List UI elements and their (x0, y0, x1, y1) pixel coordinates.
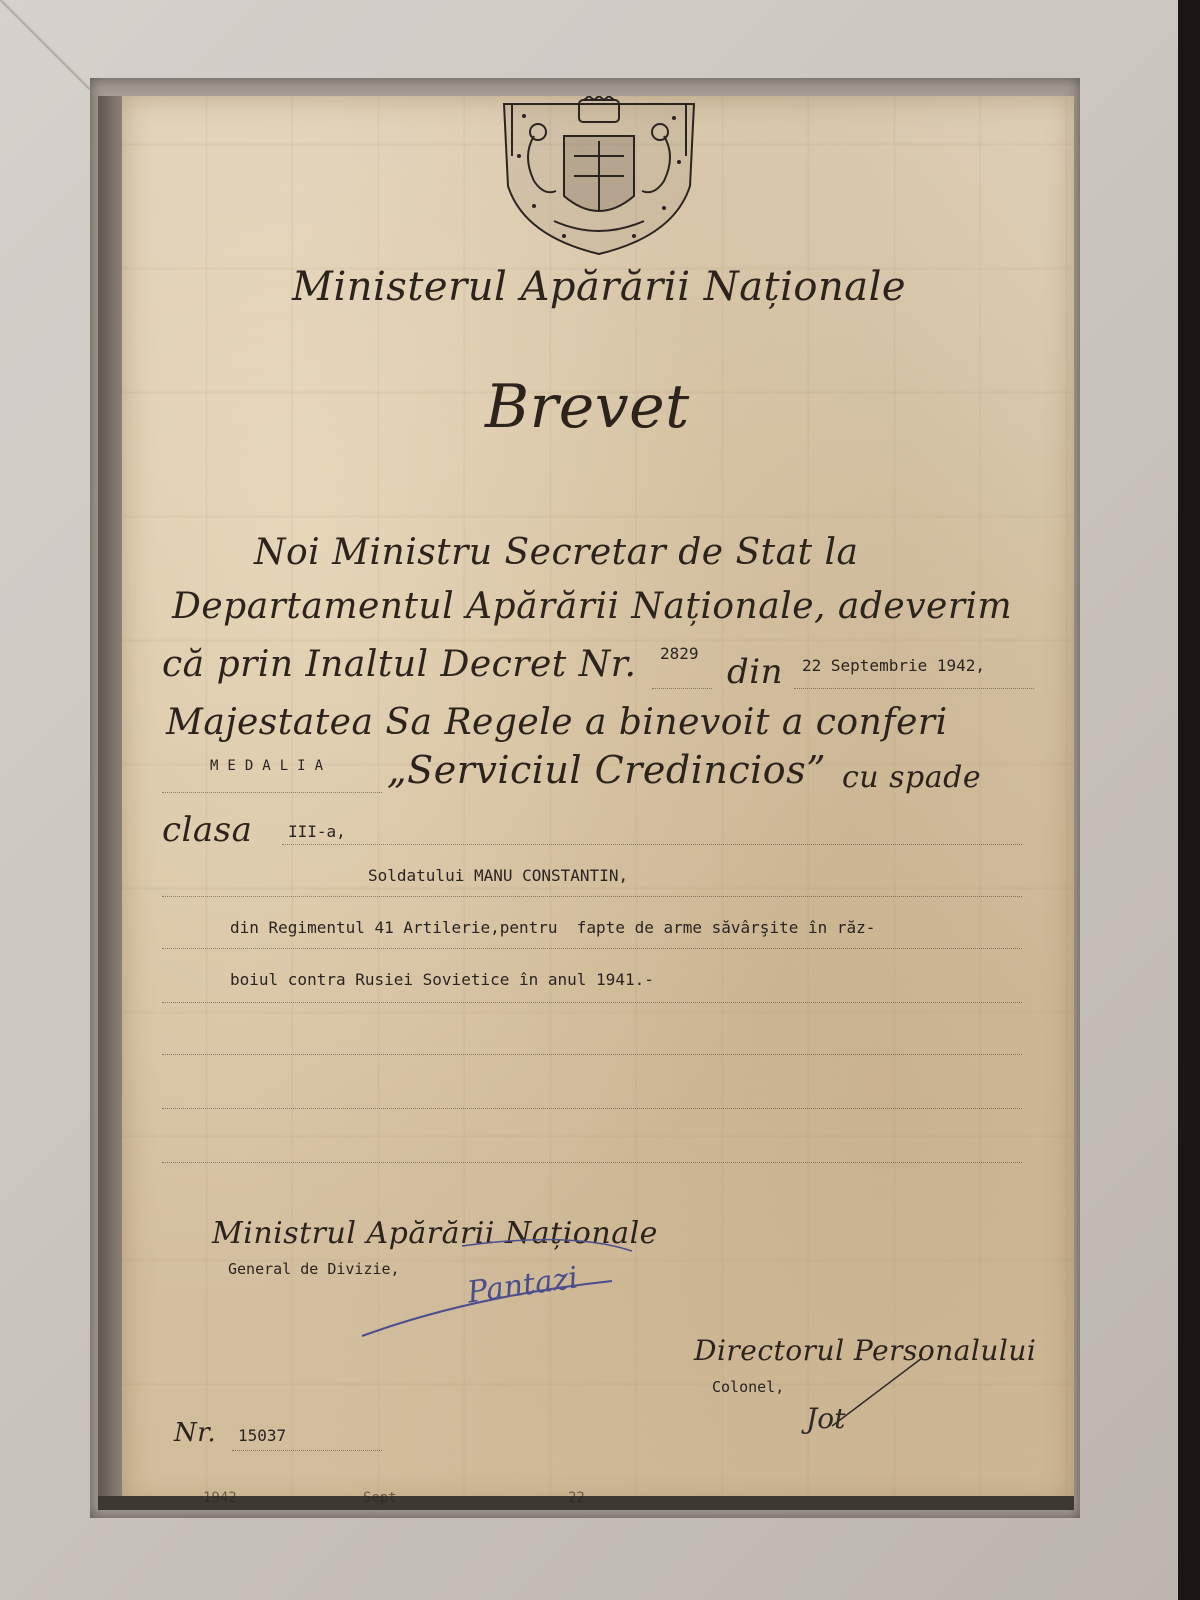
award-type: MEDALIA (210, 758, 332, 774)
award-suffix: cu spade (842, 760, 981, 795)
dotted-line (652, 688, 712, 689)
document-title: Brevet (485, 372, 690, 442)
cut-off-footer: 1942 Sept 22 (98, 1496, 1074, 1510)
decree-date: 22 Septembrie 1942, (802, 656, 985, 675)
dotted-line (162, 896, 1022, 897)
dotted-line (162, 1054, 1022, 1055)
body-line-2: Departamentul Apărării Naționale, adever… (172, 586, 1012, 627)
body-line-3-mid: din (727, 652, 783, 692)
class-value: III-a, (288, 822, 346, 841)
award-name: „Serviciul Credincios” (387, 748, 826, 792)
dotted-line (162, 792, 382, 793)
frame-shadow-edge (98, 96, 122, 1506)
dotted-line (232, 1450, 382, 1451)
signature-stroke-icon (352, 1236, 652, 1346)
body-line-1: Noi Ministru Secretar de Stat la (254, 532, 858, 573)
ministry-heading: Ministerul Apărării Naționale (292, 264, 906, 310)
dotted-line (282, 844, 1022, 845)
decree-number: 2829 (660, 644, 699, 663)
dotted-line (162, 1002, 1022, 1003)
director-rank: Colonel, (712, 1378, 784, 1396)
dotted-line (162, 1108, 1022, 1109)
recipient-name: Soldatului MANU CONSTANTIN, (368, 866, 628, 885)
coat-of-arms-icon (494, 96, 704, 256)
dotted-line (794, 688, 1034, 689)
registry-label: Nr. (174, 1418, 216, 1448)
frame-corner-bevel (0, 0, 90, 90)
body-line-3-prefix: că prin Inaltul Decret Nr. (162, 644, 636, 685)
signature-arrow-stroke-icon (812, 1346, 942, 1436)
registry-number: 15037 (238, 1426, 286, 1445)
citation-line-2: boiul contra Rusiei Sovietice în anul 19… (230, 970, 654, 989)
dark-wall-edge (1178, 0, 1200, 1600)
dotted-line (162, 1162, 1022, 1163)
cut-off-text-left: 1942 (203, 1490, 237, 1506)
dotted-line (162, 948, 1022, 949)
cut-off-text-middle: Sept (363, 1490, 397, 1506)
cut-off-text-right: 22 (568, 1490, 585, 1506)
citation-line-1: din Regimentul 41 Artilerie,pentru fapte… (230, 918, 875, 937)
body-line-4: Majestatea Sa Regele a binevoit a confer… (166, 702, 948, 743)
class-label: clasa (162, 810, 252, 850)
certificate-paper: Ministerul Apărării Naționale Brevet Noi… (122, 96, 1074, 1506)
